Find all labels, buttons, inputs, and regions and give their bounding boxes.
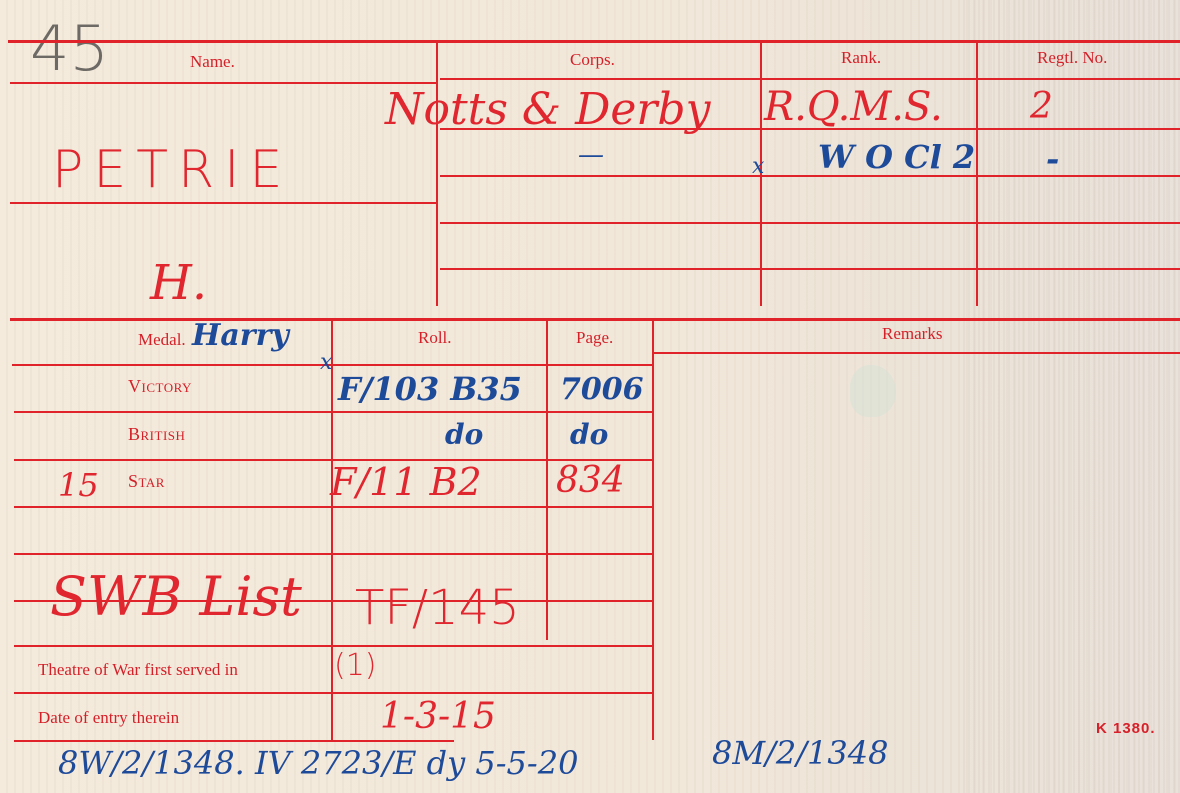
- medal-rule-4: [14, 506, 652, 508]
- medal-british: British: [128, 424, 185, 445]
- medal-rule-5: [14, 553, 652, 555]
- corps-col-rule: [436, 42, 438, 306]
- rank-header: Rank.: [841, 48, 881, 68]
- corps-value: Notts & Derby: [385, 84, 710, 135]
- medal-rule-9: [14, 740, 454, 742]
- name-rule-1: [10, 82, 436, 84]
- swb-roll: TF/145: [355, 580, 520, 636]
- medal-rule-2: [14, 411, 652, 413]
- corps-header: Corps.: [570, 50, 615, 70]
- theatre-label: Theatre of War first served in: [38, 660, 238, 680]
- medal-victory: Victory: [128, 376, 192, 397]
- medal-rule-7: [14, 645, 652, 647]
- cross-mark: x: [320, 350, 332, 375]
- rank-value: R.Q.M.S.: [764, 84, 943, 130]
- page-victory: 7006: [560, 372, 644, 407]
- footer-note-right: 8M/2/1348: [712, 734, 888, 772]
- form-code: K 1380.: [1096, 720, 1156, 737]
- footer-note: 8W/2/1348. IV 2723/E dy 5-5-20: [58, 744, 578, 782]
- middle-rule: [10, 318, 1180, 321]
- roll-header: Roll.: [418, 328, 452, 348]
- star-prefix: 15: [58, 466, 99, 504]
- theatre-value: (1): [334, 648, 377, 683]
- page-british: do: [570, 418, 608, 451]
- medal-header: Medal.: [138, 330, 186, 350]
- rank-value-2: W O Cl 2: [818, 138, 975, 176]
- medal-star: Star: [128, 471, 165, 492]
- detail-rule-1: [440, 78, 1180, 80]
- remarks-rule: [654, 352, 1180, 354]
- regtl-no-header: Regtl. No.: [1037, 48, 1107, 68]
- detail-rule-5: [440, 268, 1180, 270]
- paper-texture: [960, 0, 1180, 793]
- top-rule: [8, 40, 1180, 43]
- swb-list-note: SWB List: [50, 565, 302, 628]
- pencil-card-number: 45: [30, 12, 109, 85]
- regtl-no-value: 2: [1030, 86, 1053, 127]
- date-label: Date of entry therein: [38, 708, 179, 728]
- roll-victory: F/103 B35: [338, 370, 522, 408]
- medal-index-card: 45 Name. Corps. Rank. Regtl. No. PETRIE …: [0, 0, 1180, 793]
- surname: PETRIE: [52, 140, 292, 200]
- roll-british: do: [445, 418, 483, 451]
- page-star: 834: [556, 460, 625, 501]
- roll-col-rule: [331, 320, 333, 740]
- first-name: Harry: [192, 318, 289, 353]
- rank-mark: x: [752, 154, 764, 179]
- page-col-rule: [546, 320, 548, 640]
- roll-star: F/11 B2: [330, 460, 482, 504]
- stain: [850, 365, 896, 417]
- name-rule-2: [10, 202, 436, 204]
- date-value: 1-3-15: [380, 696, 496, 737]
- initial: H.: [150, 255, 207, 311]
- medal-rule-8: [14, 692, 652, 694]
- remarks-col-rule: [652, 320, 654, 740]
- page-header: Page.: [576, 328, 613, 348]
- regtl-no-value-2: -: [1046, 140, 1059, 178]
- corps-value-2: —: [578, 140, 604, 170]
- regtl-col-rule: [976, 42, 978, 306]
- detail-rule-4: [440, 222, 1180, 224]
- name-header: Name.: [190, 52, 235, 72]
- remarks-header: Remarks: [882, 324, 942, 344]
- detail-rule-3: [440, 175, 1180, 177]
